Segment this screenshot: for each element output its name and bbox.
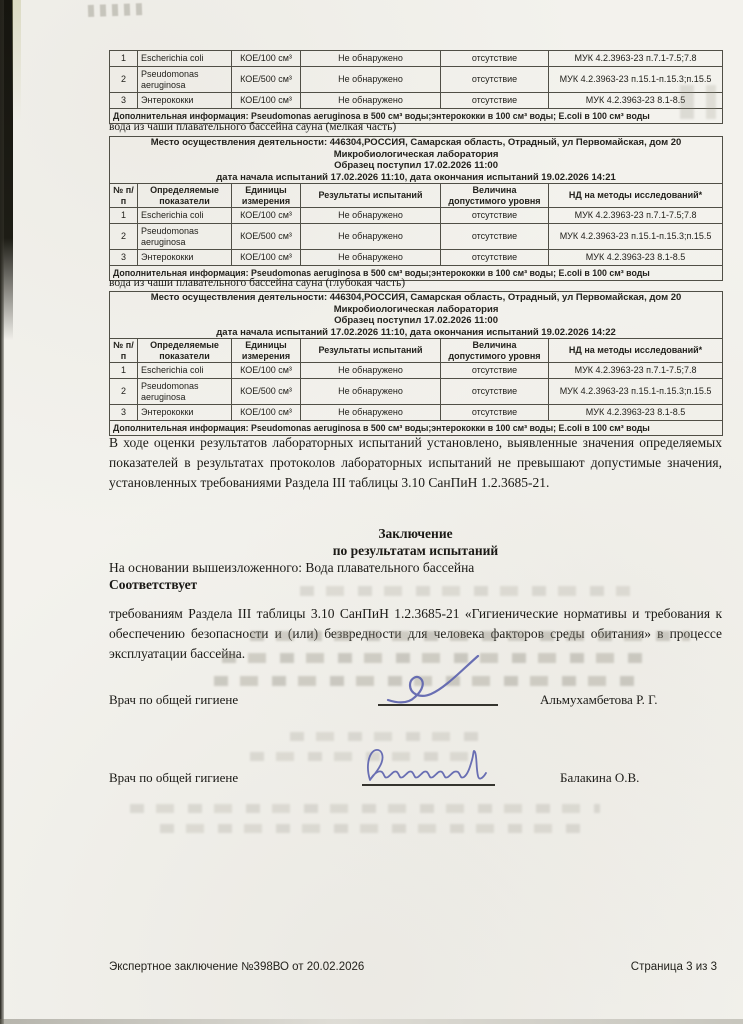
lab-name: Микробиологическая лаборатория [112, 149, 720, 161]
indicator-cell: Энтерококки [138, 250, 232, 266]
lab-name: Микробиологическая лаборатория [112, 304, 720, 316]
result-cell: Не обнаружено [301, 67, 441, 93]
bleed-through-artifact [130, 804, 600, 813]
sample-caption-deep: вода из чаши плавательного бассейна саун… [109, 277, 405, 289]
row-num: 2 [110, 379, 138, 405]
method-cell: МУК 4.2.3963-23 8.1-8.5 [549, 250, 723, 266]
facility-address: Место осуществления деятельности: 446304… [112, 137, 720, 149]
table-row: 3 Энтерококки КОЕ/100 см³ Не обнаружено … [110, 405, 723, 421]
limit-cell: отсутствие [441, 224, 549, 250]
unit-cell: КОЕ/100 см³ [232, 363, 301, 379]
unit-cell: КОЕ/500 см³ [232, 379, 301, 405]
col-header-result: Результаты испытаний [301, 184, 441, 208]
col-header-limit: Величина допустимого уровня [441, 184, 549, 208]
sample-caption-shallow: вода из чаши плавательного бассейна саун… [109, 121, 396, 133]
sample-received: Образец поступил 17.02.2026 11:00 [112, 315, 720, 327]
method-cell: МУК 4.2.3963-23 п.15.1-п.15.3;п.15.5 [549, 224, 723, 250]
limit-cell: отсутствие [441, 250, 549, 266]
indicator-cell: Escherichia coli [138, 208, 232, 224]
table-row: 3 Энтерококки КОЕ/100 см³ Не обнаружено … [110, 250, 723, 266]
col-header-method: НД на методы исследований* [549, 339, 723, 363]
method-cell: МУК 4.2.3963-23 8.1-8.5 [549, 405, 723, 421]
col-header-num: № п/п [110, 339, 138, 363]
indicator-cell: Pseudomonas aeruginosa [138, 67, 232, 93]
col-header-indicator: Определяемые показатели [138, 184, 232, 208]
facility-address: Место осуществления деятельности: 446304… [112, 292, 720, 304]
unit-cell: КОЕ/100 см³ [232, 208, 301, 224]
indicator-cell: Pseudomonas aeruginosa [138, 379, 232, 405]
result-cell: Не обнаружено [301, 224, 441, 250]
table-header-row: № п/п Определяемые показатели Единицы из… [110, 184, 723, 208]
method-cell: МУК 4.2.3963-23 п.7.1-7.5;7.8 [549, 363, 723, 379]
scan-edge-tint [12, 0, 21, 120]
signature-ink-almukhambetova [386, 654, 482, 706]
unit-cell: КОЕ/100 см³ [232, 250, 301, 266]
signer-name: Альмухамбетова Р. Г. [540, 692, 657, 708]
result-cell: Не обнаружено [301, 93, 441, 109]
col-header-unit: Единицы измерения [232, 339, 301, 363]
result-cell: Не обнаружено [301, 208, 441, 224]
signature-line [362, 784, 495, 786]
row-num: 3 [110, 405, 138, 421]
bleed-through-artifact [250, 631, 690, 641]
row-num: 2 [110, 224, 138, 250]
row-num: 1 [110, 51, 138, 67]
limit-cell: отсутствие [441, 208, 549, 224]
result-cell: Не обнаружено [301, 363, 441, 379]
pencil-mark-artifact [88, 3, 146, 17]
test-dates: дата начала испытаний 17.02.2026 11:10, … [112, 172, 720, 184]
results-table-shallow: Место осуществления деятельности: 446304… [109, 136, 723, 281]
result-cell: Не обнаружено [301, 250, 441, 266]
indicator-cell: Энтерококки [138, 405, 232, 421]
indicator-cell: Escherichia coli [138, 363, 232, 379]
row-num: 1 [110, 363, 138, 379]
row-num: 2 [110, 67, 138, 93]
table-info-header: Место осуществления деятельности: 446304… [110, 137, 723, 184]
limit-cell: отсутствие [441, 93, 549, 109]
table-header-row: № п/п Определяемые показатели Единицы из… [110, 339, 723, 363]
col-header-limit: Величина допустимого уровня [441, 339, 549, 363]
result-cell: Не обнаружено [301, 51, 441, 67]
row-num: 1 [110, 208, 138, 224]
table-row: 1 Escherichia coli КОЕ/100 см³ Не обнару… [110, 363, 723, 379]
signer-role: Врач по общей гигиене [109, 692, 238, 708]
sample-received: Образец поступил 17.02.2026 11:00 [112, 160, 720, 172]
bleed-through-artifact [300, 586, 630, 596]
table-row: 2 Pseudomonas aeruginosa КОЕ/500 см³ Не … [110, 67, 723, 93]
footer-document-number: Экспертное заключение №398ВО от 20.02.20… [109, 961, 364, 973]
col-header-num: № п/п [110, 184, 138, 208]
indicator-cell: Pseudomonas aeruginosa [138, 224, 232, 250]
bleed-through-artifact [160, 824, 580, 833]
limit-cell: отсутствие [441, 51, 549, 67]
table-row: 1 Escherichia coli КОЕ/100 см³ Не обнару… [110, 208, 723, 224]
row-num: 3 [110, 93, 138, 109]
table-row: 3 Энтерококки КОЕ/100 см³ Не обнаружено … [110, 93, 723, 109]
unit-cell: КОЕ/100 см³ [232, 405, 301, 421]
table-info-header: Место осуществления деятельности: 446304… [110, 292, 723, 339]
footer-page-number: Страница 3 из 3 [631, 961, 717, 973]
signature-line [378, 704, 498, 706]
unit-cell: КОЕ/100 см³ [232, 93, 301, 109]
test-dates: дата начала испытаний 17.02.2026 11:10, … [112, 327, 720, 339]
limit-cell: отсутствие [441, 67, 549, 93]
unit-cell: КОЕ/500 см³ [232, 224, 301, 250]
limit-cell: отсутствие [441, 363, 549, 379]
method-cell: МУК 4.2.3963-23 п.15.1-п.15.3;п.15.5 [549, 379, 723, 405]
results-table-continued: 1 Escherichia coli КОЕ/100 см³ Не обнару… [109, 50, 723, 124]
method-cell: МУК 4.2.3963-23 п.7.1-7.5;7.8 [549, 51, 723, 67]
unit-cell: КОЕ/500 см³ [232, 67, 301, 93]
col-header-result: Результаты испытаний [301, 339, 441, 363]
table-row: 2 Pseudomonas aeruginosa КОЕ/500 см³ Не … [110, 224, 723, 250]
col-header-indicator: Определяемые показатели [138, 339, 232, 363]
results-table-deep: Место осуществления деятельности: 446304… [109, 291, 723, 436]
col-header-unit: Единицы измерения [232, 184, 301, 208]
method-cell: МУК 4.2.3963-23 п.7.1-7.5;7.8 [549, 208, 723, 224]
table-row: 2 Pseudomonas aeruginosa КОЕ/500 см³ Не … [110, 379, 723, 405]
bleed-through-artifact [290, 732, 480, 741]
limit-cell: отсутствие [441, 405, 549, 421]
bleed-through-artifact [680, 85, 716, 119]
indicator-cell: Энтерококки [138, 93, 232, 109]
result-cell: Не обнаружено [301, 405, 441, 421]
scan-edge-line [0, 0, 4, 1024]
col-header-method: НД на методы исследований* [549, 184, 723, 208]
signature-ink-balakina [362, 744, 500, 786]
unit-cell: КОЕ/100 см³ [232, 51, 301, 67]
limit-cell: отсутствие [441, 379, 549, 405]
scanned-document-page: 1 Escherichia coli КОЕ/100 см³ Не обнару… [0, 0, 743, 1024]
signer-name: Балакина О.В. [560, 770, 639, 786]
indicator-cell: Escherichia coli [138, 51, 232, 67]
scan-edge-bottom [0, 1019, 743, 1024]
signer-role: Врач по общей гигиене [109, 770, 238, 786]
table-row: 1 Escherichia coli КОЕ/100 см³ Не обнару… [110, 51, 723, 67]
assessment-paragraph: В ходе оценки результатов лабораторных и… [109, 433, 722, 493]
result-cell: Не обнаружено [301, 379, 441, 405]
row-num: 3 [110, 250, 138, 266]
